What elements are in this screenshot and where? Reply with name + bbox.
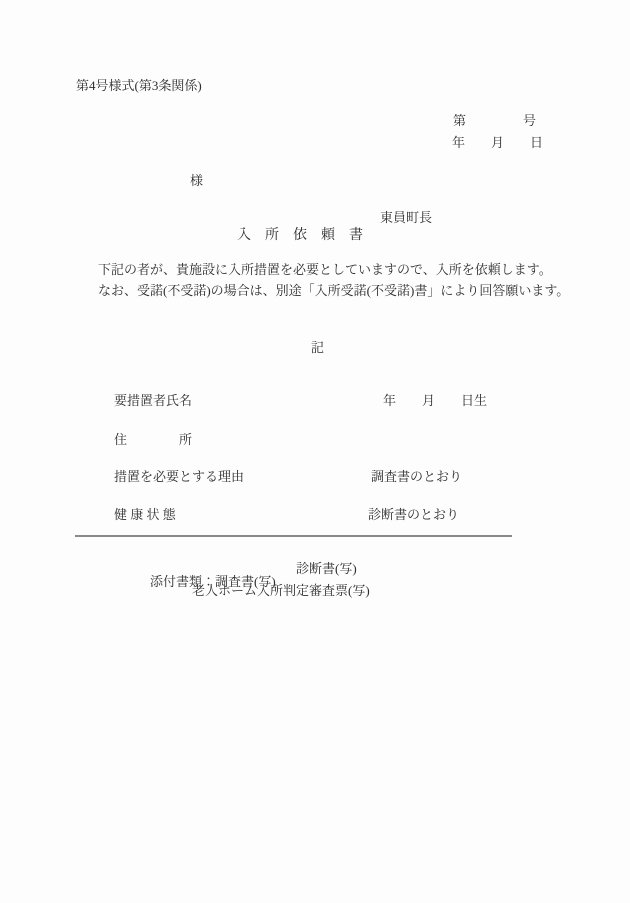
field-label-address: 住 所 — [114, 433, 192, 446]
field-value-birthdate: 年 月 日生 — [383, 394, 487, 407]
body-line-1: 下記の者が、貴施設に入所措置を必要としていますので、入所を依頼します。 — [98, 263, 552, 276]
date-line: 年 月 日 — [452, 136, 543, 149]
attachment-item-2: 診断書(写) — [296, 562, 357, 575]
addressee-suffix: 様 — [190, 174, 203, 187]
record-marker: 記 — [311, 341, 324, 354]
field-value-reason: 調査書のとおり — [371, 470, 462, 483]
sender-name: 東員町長 — [380, 211, 432, 224]
attachment-item-3: 老人ホーム入所判定審査票(写) — [192, 584, 370, 597]
field-value-health: 診断書のとおり — [368, 508, 459, 521]
field-label-name: 要措置者氏名 — [114, 394, 192, 407]
field-label-reason: 措置を必要とする理由 — [114, 470, 244, 483]
body-line-2: なお、受諾(不受諾)の場合は、別途「入所受諾(不受諾)書」により回答願います。 — [98, 284, 569, 297]
form-number: 第4号様式(第3条関係) — [76, 79, 202, 92]
horizontal-divider — [75, 535, 512, 537]
document-page: 第4号様式(第3条関係) 第 号 年 月 日 様 東員町長 入 所 依 頼 書 … — [0, 0, 630, 903]
document-title: 入 所 依 頼 書 — [237, 229, 363, 243]
field-label-health: 健 康 状 態 — [114, 508, 176, 521]
doc-number-suffix: 号 — [523, 114, 536, 127]
doc-number-prefix: 第 — [453, 114, 466, 127]
